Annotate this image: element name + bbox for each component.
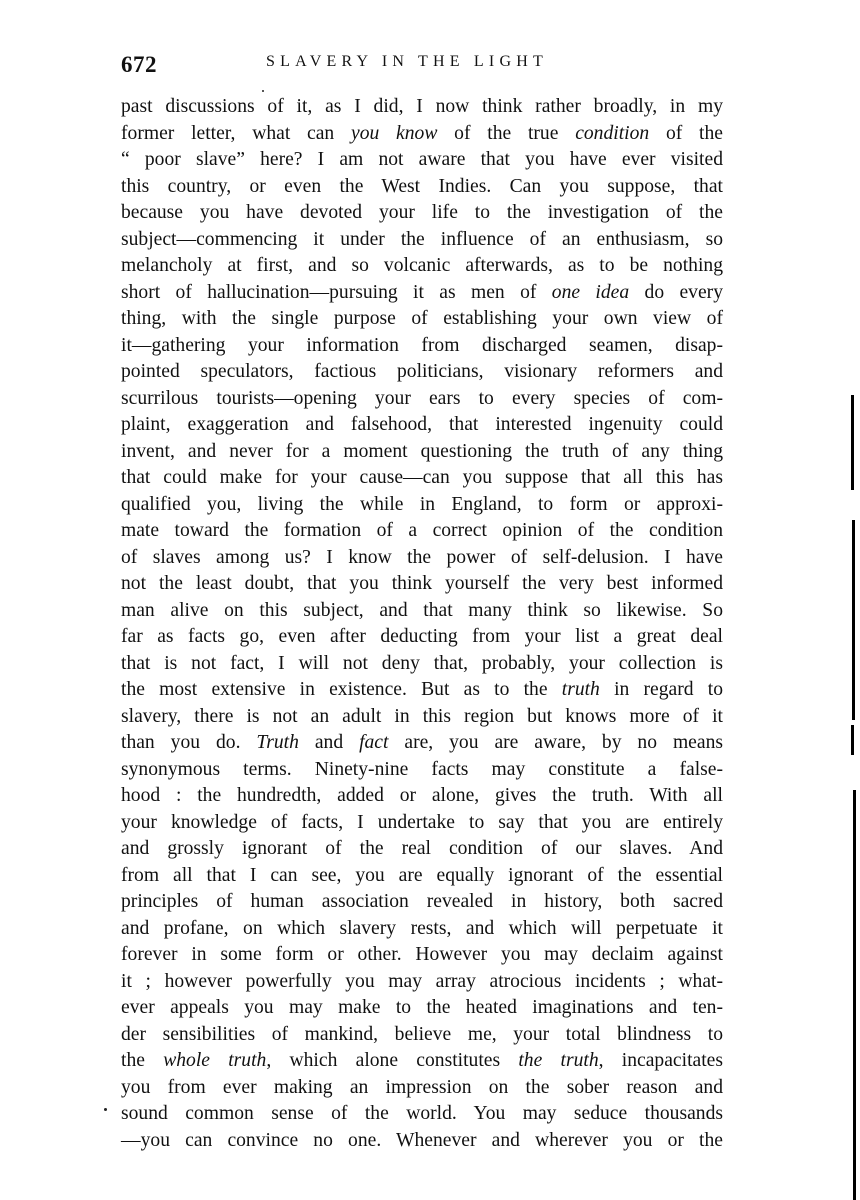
text-line: that could make for your cause—can you s… bbox=[121, 465, 723, 492]
text-run: subject—commencing it under the influenc… bbox=[121, 229, 723, 250]
italic-text: truth bbox=[562, 679, 600, 700]
text-line: the whole truth, which alone constitutes… bbox=[121, 1048, 723, 1075]
text-line: melancholy at first, and so volcanic aft… bbox=[121, 253, 723, 280]
text-line: qualified you, living the while in Engla… bbox=[121, 492, 723, 519]
text-line: ever appeals you may make to the heated … bbox=[121, 995, 723, 1022]
running-title: SLAVERY IN THE LIGHT bbox=[266, 53, 548, 71]
text-line: —you can convince no one. Whenever and w… bbox=[121, 1128, 723, 1155]
text-run: scurrilous tourists—opening your ears to… bbox=[121, 388, 723, 409]
text-run: melancholy at first, and so volcanic aft… bbox=[121, 255, 723, 276]
italic-text: the truth bbox=[518, 1050, 598, 1071]
text-line: past discussions of it, as I did, I now … bbox=[121, 94, 723, 121]
text-run: of slaves among us? I know the power of … bbox=[121, 547, 723, 568]
text-run: the bbox=[121, 1050, 163, 1071]
text-run: and grossly ignorant of the real conditi… bbox=[121, 838, 723, 859]
text-line: than you do. Truth and fact are, you are… bbox=[121, 730, 723, 757]
text-line: plaint, exaggeration and falsehood, that… bbox=[121, 412, 723, 439]
text-line: former letter, what can you know of the … bbox=[121, 121, 723, 148]
text-run: synonymous terms. Ninety-nine facts may … bbox=[121, 759, 723, 780]
italic-text: one idea bbox=[552, 282, 629, 303]
text-run: , incapacitates bbox=[599, 1050, 723, 1071]
text-line: scurrilous tourists—opening your ears to… bbox=[121, 386, 723, 413]
text-line: short of hallucination—pursuing it as me… bbox=[121, 280, 723, 307]
text-run: you from ever making an impression on th… bbox=[121, 1077, 723, 1098]
text-line: not the least doubt, that you think your… bbox=[121, 571, 723, 598]
text-line: sound common sense of the world. You may… bbox=[121, 1101, 723, 1128]
text-line: hood : the hundredth, added or alone, gi… bbox=[121, 783, 723, 810]
text-line: der sensibilities of mankind, believe me… bbox=[121, 1022, 723, 1049]
text-run: of the true bbox=[437, 123, 575, 144]
text-run: “ poor slave” here? I am not aware that … bbox=[121, 149, 723, 170]
text-run: the most extensive in existence. But as … bbox=[121, 679, 562, 700]
text-line: forever in some form or other. However y… bbox=[121, 942, 723, 969]
text-line: your knowledge of facts, I undertake to … bbox=[121, 810, 723, 837]
text-line: of slaves among us? I know the power of … bbox=[121, 545, 723, 572]
text-run: plaint, exaggeration and falsehood, that… bbox=[121, 414, 723, 435]
text-line: mate toward the formation of a correct o… bbox=[121, 518, 723, 545]
text-run: pointed speculators, factious politician… bbox=[121, 361, 723, 382]
text-run: former letter, what can bbox=[121, 123, 351, 144]
text-run: do every bbox=[629, 282, 723, 303]
text-line: this country, or even the West Indies. C… bbox=[121, 174, 723, 201]
text-run: are, you are aware, by no means bbox=[388, 732, 723, 753]
text-line: and grossly ignorant of the real conditi… bbox=[121, 836, 723, 863]
text-run: qualified you, living the while in Engla… bbox=[121, 494, 723, 515]
text-run: not the least doubt, that you think your… bbox=[121, 573, 723, 594]
text-line: “ poor slave” here? I am not aware that … bbox=[121, 147, 723, 174]
text-line: synonymous terms. Ninety-nine facts may … bbox=[121, 757, 723, 784]
text-run: it ; however powerfully you may array at… bbox=[121, 971, 723, 992]
text-run: ever appeals you may make to the heated … bbox=[121, 997, 723, 1018]
text-run: thing, with the single purpose of establ… bbox=[121, 308, 723, 329]
scan-gutter-edge bbox=[850, 395, 856, 1200]
text-run: from all that I can see, you are equally… bbox=[121, 865, 723, 886]
text-run: far as facts go, even after deducting fr… bbox=[121, 626, 723, 647]
text-line: thing, with the single purpose of establ… bbox=[121, 306, 723, 333]
text-line: slavery, there is not an adult in this r… bbox=[121, 704, 723, 731]
text-run: principles of human association revealed… bbox=[121, 891, 723, 912]
text-run: of the bbox=[649, 123, 723, 144]
scan-speck bbox=[104, 1108, 107, 1111]
text-run: short of hallucination—pursuing it as me… bbox=[121, 282, 552, 303]
text-run: it—gathering your information from disch… bbox=[121, 335, 723, 356]
body-text: past discussions of it, as I did, I now … bbox=[121, 94, 723, 1154]
text-run: that is not fact, I will not deny that, … bbox=[121, 653, 723, 674]
italic-text: Truth bbox=[256, 732, 298, 753]
scan-speck bbox=[262, 90, 264, 92]
text-line: because you have devoted your life to th… bbox=[121, 200, 723, 227]
text-run: , which alone constitutes bbox=[266, 1050, 518, 1071]
text-run: than you do. bbox=[121, 732, 256, 753]
text-run: der sensibilities of mankind, believe me… bbox=[121, 1024, 723, 1045]
text-line: that is not fact, I will not deny that, … bbox=[121, 651, 723, 678]
text-line: pointed speculators, factious politician… bbox=[121, 359, 723, 386]
italic-text: condition bbox=[575, 123, 649, 144]
book-page: 672 SLAVERY IN THE LIGHT past discussion… bbox=[0, 0, 860, 1200]
text-run: your knowledge of facts, I undertake to … bbox=[121, 812, 723, 833]
italic-text: fact bbox=[359, 732, 388, 753]
text-line: subject—commencing it under the influenc… bbox=[121, 227, 723, 254]
text-run: —you can convince no one. Whenever and w… bbox=[121, 1130, 723, 1151]
text-run: forever in some form or other. However y… bbox=[121, 944, 723, 965]
text-line: invent, and never for a moment questioni… bbox=[121, 439, 723, 466]
text-run: and profane, on which slavery rests, and… bbox=[121, 918, 723, 939]
text-run: invent, and never for a moment questioni… bbox=[121, 441, 723, 462]
text-run: man alive on this subject, and that many… bbox=[121, 600, 723, 621]
text-run: mate toward the formation of a correct o… bbox=[121, 520, 723, 541]
italic-text: whole truth bbox=[163, 1050, 266, 1071]
text-line: man alive on this subject, and that many… bbox=[121, 598, 723, 625]
text-line: you from ever making an impression on th… bbox=[121, 1075, 723, 1102]
text-run: hood : the hundredth, added or alone, gi… bbox=[121, 785, 723, 806]
text-run: past discussions of it, as I did, I now … bbox=[121, 96, 723, 117]
text-line: from all that I can see, you are equally… bbox=[121, 863, 723, 890]
text-run: in regard to bbox=[600, 679, 723, 700]
text-line: the most extensive in existence. But as … bbox=[121, 677, 723, 704]
text-line: principles of human association revealed… bbox=[121, 889, 723, 916]
text-run: and bbox=[299, 732, 359, 753]
running-header: 672 SLAVERY IN THE LIGHT bbox=[121, 50, 723, 80]
page-number: 672 bbox=[121, 52, 157, 78]
text-line: it—gathering your information from disch… bbox=[121, 333, 723, 360]
text-line: it ; however powerfully you may array at… bbox=[121, 969, 723, 996]
text-line: and profane, on which slavery rests, and… bbox=[121, 916, 723, 943]
text-run: slavery, there is not an adult in this r… bbox=[121, 706, 723, 727]
italic-text: you know bbox=[351, 123, 437, 144]
text-run: that could make for your cause—can you s… bbox=[121, 467, 723, 488]
text-run: this country, or even the West Indies. C… bbox=[121, 176, 723, 197]
text-run: because you have devoted your life to th… bbox=[121, 202, 723, 223]
text-line: far as facts go, even after deducting fr… bbox=[121, 624, 723, 651]
text-run: sound common sense of the world. You may… bbox=[121, 1103, 723, 1124]
